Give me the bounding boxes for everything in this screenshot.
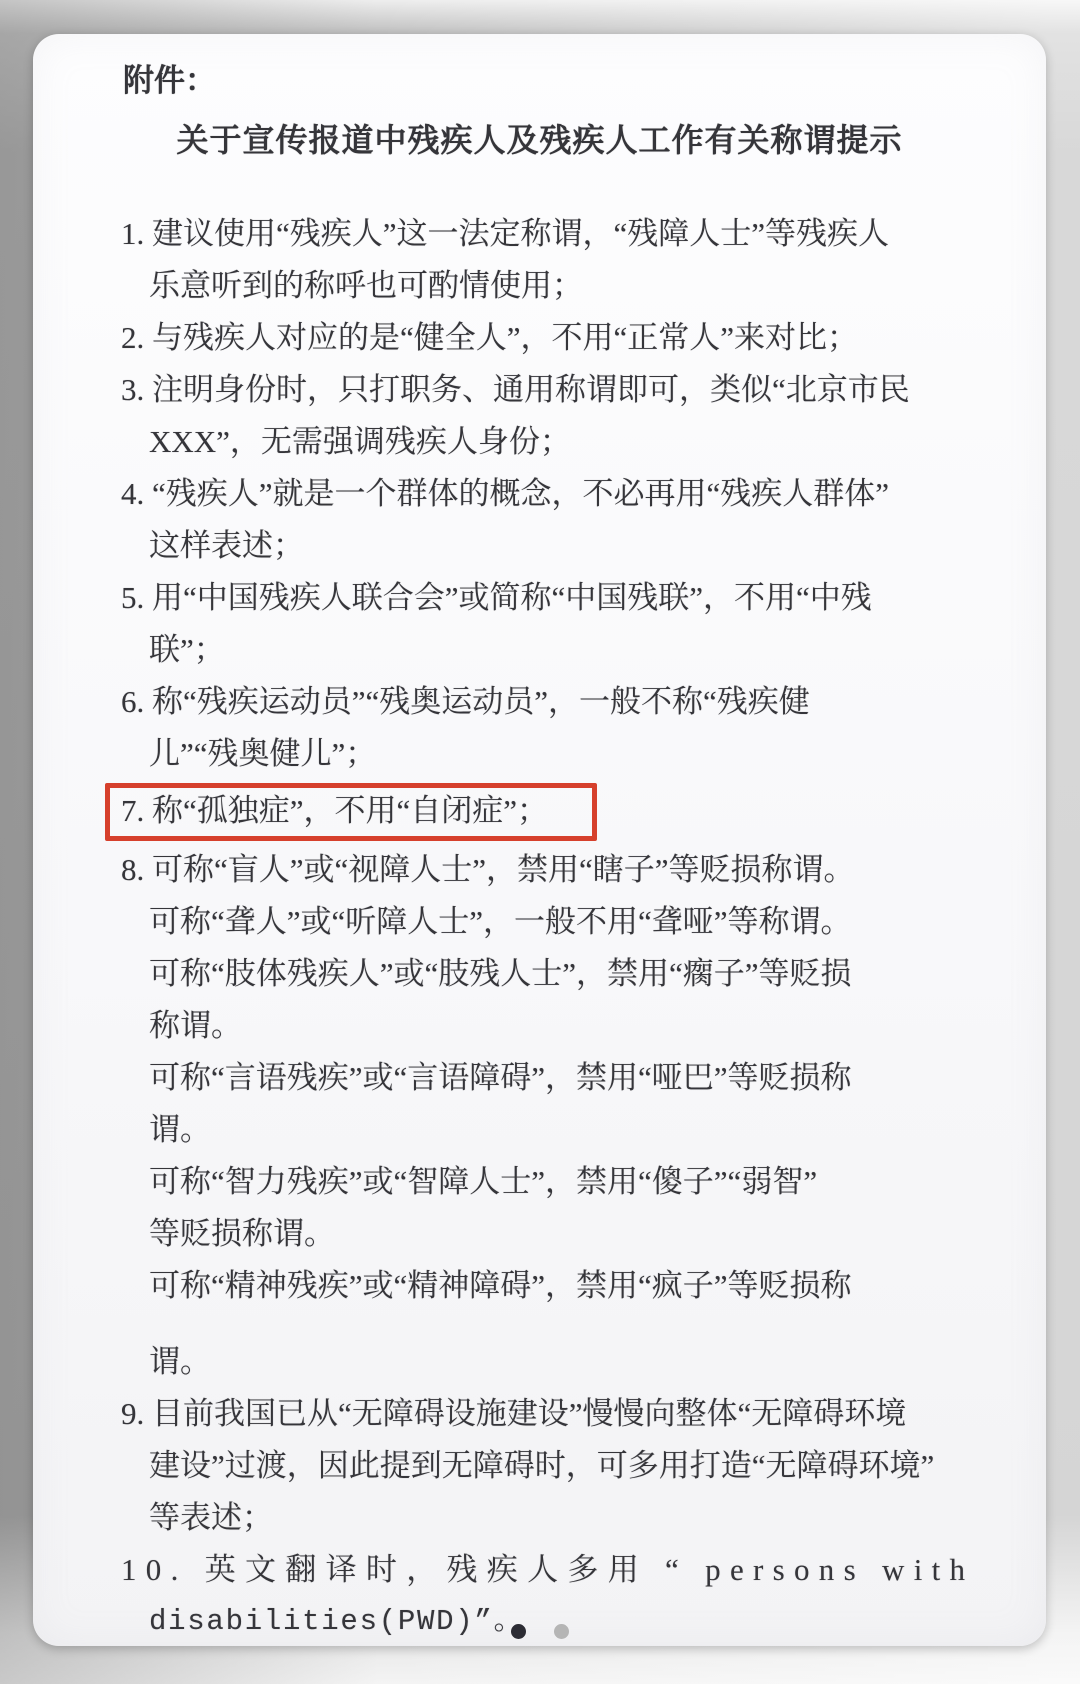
- text-line: 可称“智力残疾”或“智障人士”，禁用“傻子”“弱智”: [121, 1156, 956, 1208]
- text-line: 2. 与残疾人对应的是“健全人”，不用“正常人”来对比；: [121, 312, 956, 364]
- text-line: 等表述；: [121, 1492, 956, 1544]
- pagination-dots: [33, 1624, 1046, 1639]
- text-line: 9. 目前我国已从“无障碍设施建设”慢慢向整体“无障碍环境: [121, 1388, 956, 1440]
- highlight-box: 7. 称“孤独症”，不用“自闭症”；: [105, 783, 597, 841]
- text-line: 5. 用“中国残疾人联合会”或简称“中国残联”，不用“中残: [121, 572, 956, 624]
- text-line: 儿”“残奥健儿”；: [121, 728, 956, 780]
- text-line: 谓。: [121, 1104, 956, 1156]
- text-line: 可称“言语残疾”或“言语障碍”，禁用“哑巴”等贬损称: [121, 1052, 956, 1104]
- text-line: 这样表述；: [121, 520, 956, 572]
- text-line: 联”；: [121, 624, 956, 676]
- pagination-dot[interactable]: [554, 1624, 569, 1639]
- text-line: 建设”过渡，因此提到无障碍时，可多用打造“无障碍环境”: [121, 1440, 956, 1492]
- text-line: 3. 注明身份时，只打职务、通用称谓即可，类似“北京市民: [121, 364, 956, 416]
- text-line: 4. “残疾人”就是一个群体的概念，不必再用“残疾人群体”: [121, 468, 956, 520]
- text-line: 等贬损称谓。: [121, 1208, 956, 1260]
- page-title: 关于宣传报道中残疾人及残疾人工作有关称谓提示: [33, 118, 1046, 162]
- pagination-dot-active[interactable]: [511, 1624, 526, 1639]
- text-line: 8. 可称“盲人”或“视障人士”，禁用“瞎子”等贬损称谓。: [121, 844, 956, 896]
- text-line: 10. 英文翻译时，残疾人多用 “ persons with: [121, 1544, 956, 1596]
- document-body: 1. 建议使用“残疾人”这一法定称谓，“残障人士”等残疾人乐意听到的称呼也可酌情…: [121, 208, 956, 1646]
- text-line: 谓。: [121, 1336, 956, 1388]
- text-line: 1. 建议使用“残疾人”这一法定称谓，“残障人士”等残疾人: [121, 208, 956, 260]
- text-line: 可称“精神残疾”或“精神障碍”，禁用“疯子”等贬损称: [121, 1260, 956, 1312]
- text-line: 乐意听到的称呼也可酌情使用；: [121, 260, 956, 312]
- text-line: 可称“肢体残疾人”或“肢残人士”，禁用“瘸子”等贬损: [121, 948, 956, 1000]
- text-line: 可称“聋人”或“听障人士”，一般不用“聋哑”等称谓。: [121, 896, 956, 948]
- text-line: 6. 称“残疾运动员”“残奥运动员”，一般不称“残疾健: [121, 676, 956, 728]
- attachment-label: 附件：: [123, 60, 1046, 102]
- text-line: 称谓。: [121, 1000, 956, 1052]
- document-card: 附件： 关于宣传报道中残疾人及残疾人工作有关称谓提示 1. 建议使用“残疾人”这…: [33, 34, 1046, 1646]
- photo-background: { "document": { "attachment_label": "附件：…: [0, 0, 1080, 1684]
- highlighted-line: 7. 称“孤独症”，不用“自闭症”；: [121, 783, 956, 841]
- text-line: XXX”，无需强调残疾人身份；: [121, 416, 956, 468]
